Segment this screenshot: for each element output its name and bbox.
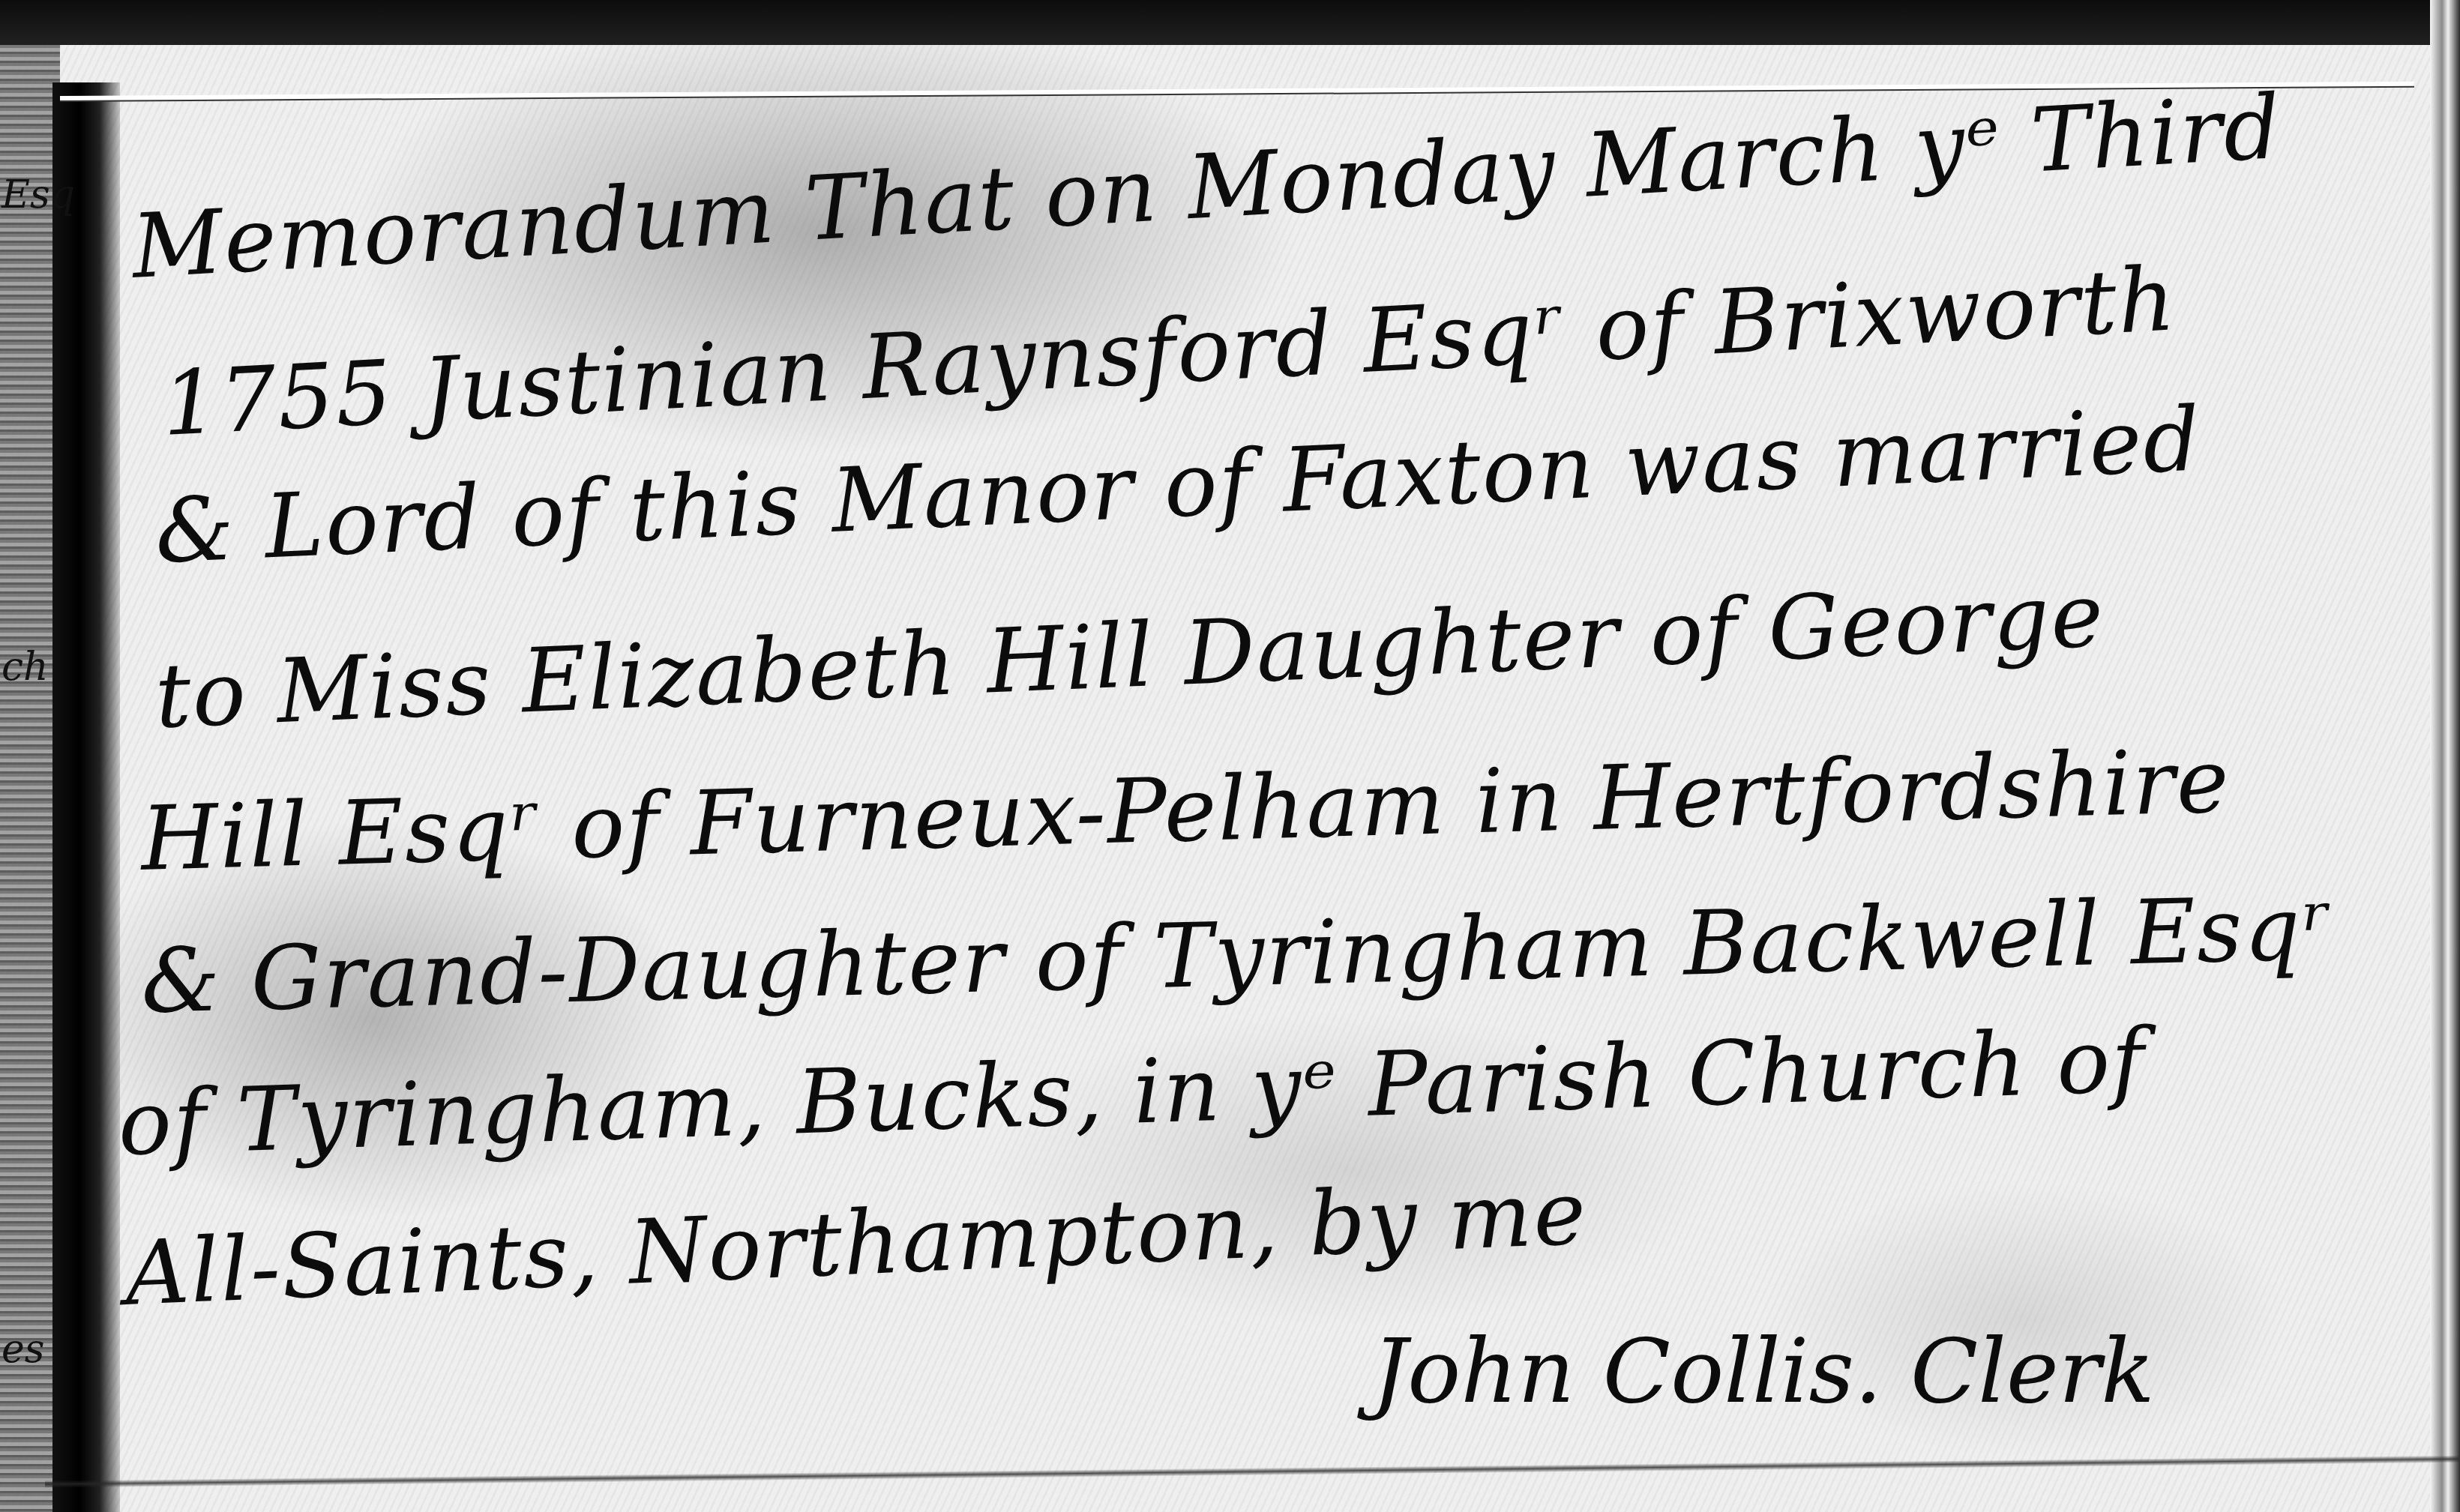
margin-note: Esq — [1, 172, 75, 217]
page-right-edge — [2430, 0, 2460, 1512]
clerk-signature: John Collis. Clerk — [1372, 1319, 2155, 1423]
margin-note: ch — [1, 645, 49, 690]
facing-page-margin — [0, 45, 60, 1512]
margin-note: es — [1, 1327, 44, 1372]
book-binding-shadow — [52, 82, 120, 1512]
